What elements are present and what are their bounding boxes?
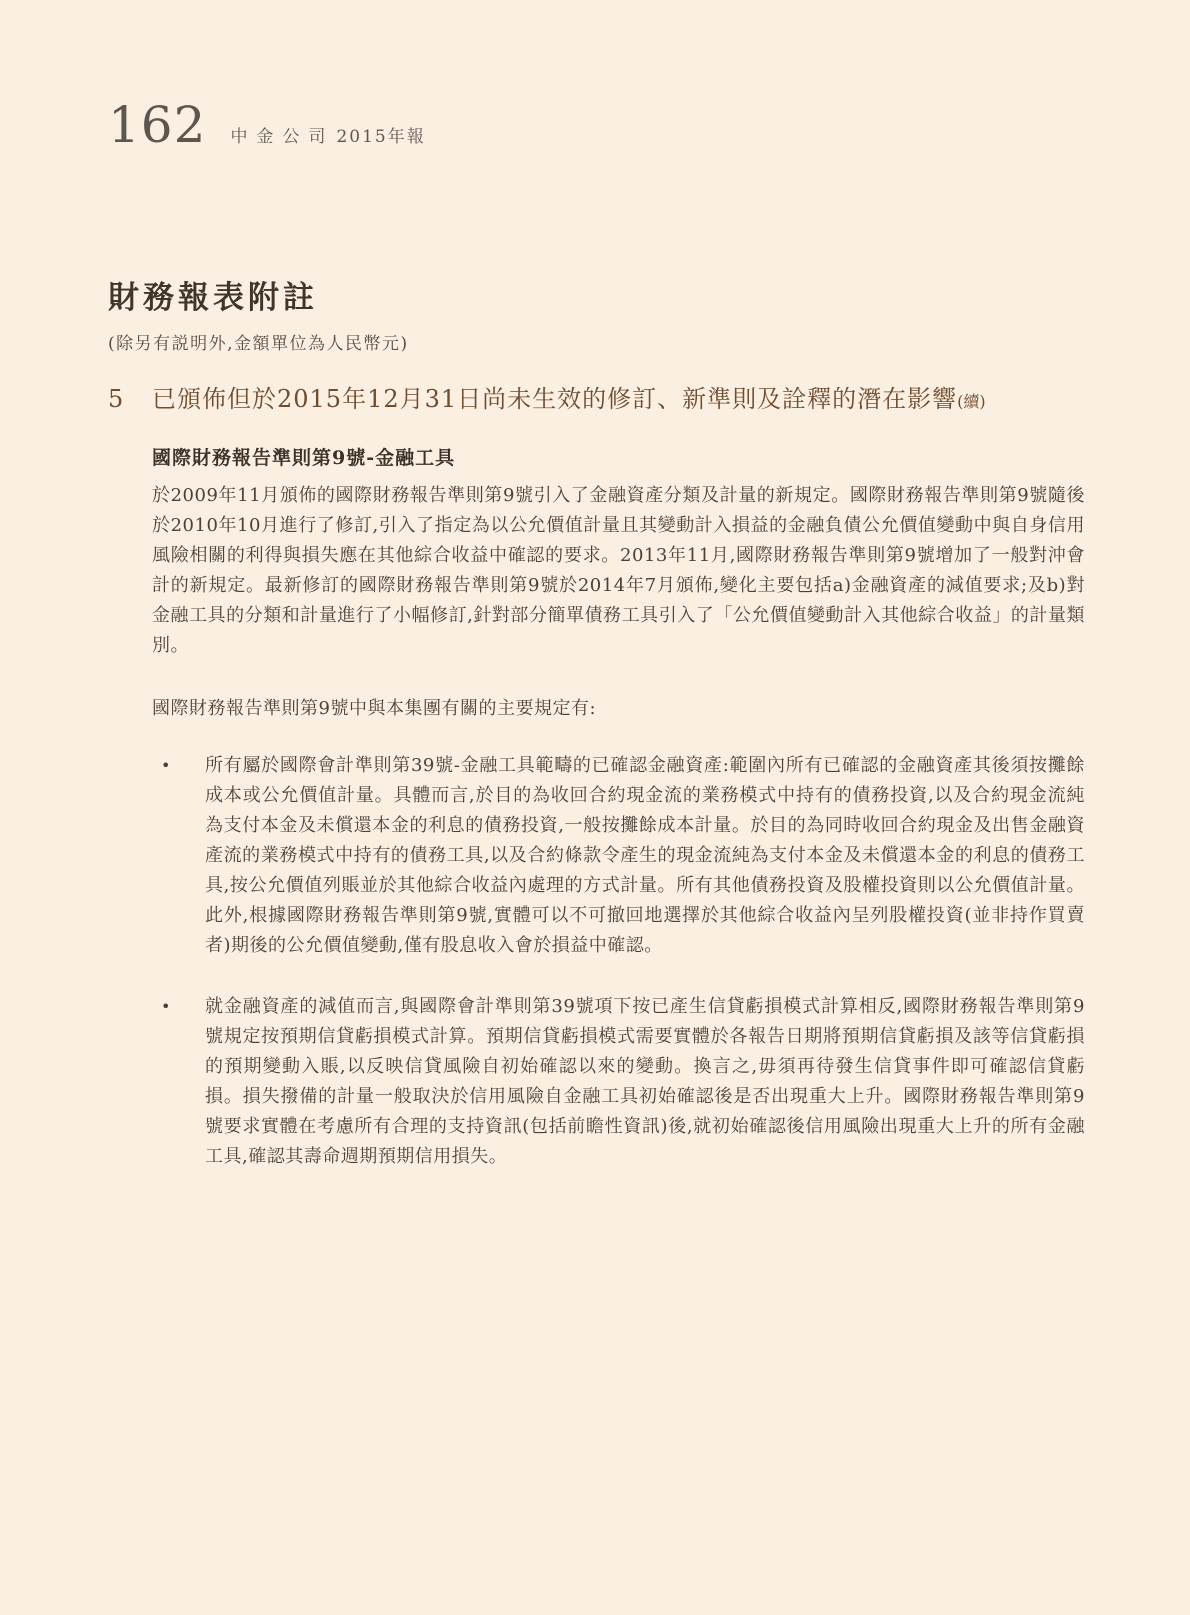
notes-content: 財務報表附註 (除另有説明外,金額單位為人民幣元) 5 已頒佈但於2015年12…	[108, 272, 1085, 1172]
report-year: 2015年報	[336, 122, 425, 147]
section-title-text: 已頒佈但於2015年12月31日尚未生效的修訂、新準則及詮釋的潛在影響	[152, 385, 957, 413]
page-number: 162	[108, 96, 206, 154]
paragraph-ifrs9-history: 於2009年11月頒佈的國際財務報告準則第9號引入了金融資產分類及計量的新規定。…	[152, 481, 1085, 661]
section-title: 已頒佈但於2015年12月31日尚未生效的修訂、新準則及詮釋的潛在影響(續)	[152, 382, 986, 419]
section-body: 國際財務報告準則第9號-金融工具 於2009年11月頒佈的國際財務報告準則第9號…	[152, 443, 1085, 1172]
company-name: 中金公司	[230, 122, 334, 147]
annual-report-page: 162 中金公司 2015年報 財務報表附註 (除另有説明外,金額單位為人民幣元…	[0, 0, 1190, 1615]
bullet-icon: •	[152, 992, 205, 1022]
section-continued-label: (續)	[957, 392, 986, 411]
bullet-item-impairment: • 就金融資產的減值而言,與國際會計準則第39號項下按已產生信貸虧損模式計算相反…	[152, 992, 1085, 1172]
section-heading: 5 已頒佈但於2015年12月31日尚未生效的修訂、新準則及詮釋的潛在影響(續)	[108, 382, 1085, 419]
paragraph-lead-in: 國際財務報告準則第9號中與本集團有關的主要規定有:	[152, 694, 1085, 724]
bullet-icon: •	[152, 751, 205, 781]
doc-subtitle: (除另有説明外,金額單位為人民幣元)	[108, 329, 1085, 354]
doc-title: 財務報表附註	[108, 272, 1085, 317]
bullet-text-impairment: 就金融資產的減值而言,與國際會計準則第39號項下按已產生信貸虧損模式計算相反,國…	[205, 992, 1085, 1172]
subsection-title: 國際財務報告準則第9號-金融工具	[152, 443, 1085, 470]
bullet-text-classification: 所有屬於國際會計準則第39號-金融工具範疇的已確認金融資產:範圍內所有已確認的金…	[205, 751, 1085, 961]
section-number: 5	[108, 385, 152, 413]
bullet-item-classification: • 所有屬於國際會計準則第39號-金融工具範疇的已確認金融資產:範圍內所有已確認…	[152, 751, 1085, 961]
page-header: 162 中金公司 2015年報	[108, 96, 426, 154]
